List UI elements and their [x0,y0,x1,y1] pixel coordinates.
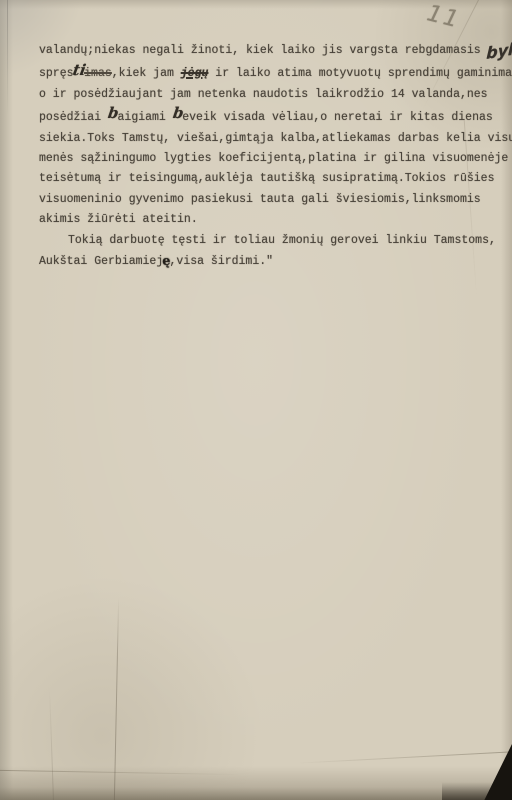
horizontal-crease [0,770,240,775]
text-line: spręstiimas,kiek jam jėgų ir laiko atima… [39,61,497,84]
typed-text: siekia.Toks Tamstų, viešai,gimtąja kalba… [39,132,512,145]
typed-text: ,visa širdimi." [170,255,274,268]
vertical-crease [114,598,119,800]
typed-text: Tokią darbuotę tęsti ir toliau žmonių ge… [68,234,496,247]
typed-text: aigiami [118,111,173,124]
text-line: siekia.Toks Tamstų, viešai,gimtąja kalba… [39,129,497,149]
typed-text: Aukštai Gerbiamiej [39,255,163,268]
typed-text: eveik visada vėliau,o neretai ir kitas d… [182,111,493,124]
typed-text: posėdžiai [39,111,108,124]
text-line: posėdžiai baigiami beveik visada vėliau,… [39,105,497,128]
typed-text: visuomeninio gyvenimo pasiekusi tauta ga… [39,193,481,206]
scribbled-out-word: jėgų [181,67,209,80]
horizontal-crease [295,751,512,764]
text-line: o ir posėdžiaujant jam netenka naudotis … [39,85,497,105]
text-line: Aukštai Gerbiamieję,visa širdimi." [39,251,497,272]
text-line: valandų;niekas negali žinoti, kiek laiko… [39,38,497,61]
paper-edge-line [7,0,8,115]
typed-text-block: valandų;niekas negali žinoti, kiek laiko… [39,38,497,272]
typed-text: ir laiko atima motyvuotų sprendimų gamin… [208,67,512,80]
typed-text: teisėtumą ir teisingumą,auklėja tautišką… [39,172,494,185]
struck-typed-text: imas [84,67,112,80]
vertical-crease [49,688,54,800]
text-line: akimis žiūrėti ateitin. [39,210,497,230]
handwritten-page-number: 11 [424,0,463,33]
typed-text: valandų;niekas negali žinoti, kiek laiko… [39,44,481,57]
handwritten-letter-b: b [171,103,184,123]
handwritten-insertion-ti: ti [71,60,87,80]
typed-text: ,kiek jam [112,67,181,80]
text-line: teisėtumą ir teisingumą,auklėja tautišką… [39,169,497,189]
text-line-paragraph-start: Tokią darbuotę tęsti ir toliau žmonių ge… [39,231,497,251]
handwritten-letter-b: b [107,103,120,123]
ink-blot-correction: ę [162,252,170,272]
typed-text: akimis žiūrėti ateitin. [39,213,198,226]
typed-text: o ir posėdžiaujant jam netenka naudotis … [39,88,488,101]
text-line: menės sąžiningumo lygties koeficijentą,p… [39,149,497,169]
typed-text: spręs [39,67,74,80]
scanned-document-page: 11 valandų;niekas negali žinoti, kiek la… [0,0,512,800]
handwritten-correction-bylas: bylas [485,36,512,64]
typed-text: menės sąžiningumo lygties koeficijentą,p… [39,152,508,165]
text-line: visuomeninio gyvenimo pasiekusi tauta ga… [39,190,497,210]
